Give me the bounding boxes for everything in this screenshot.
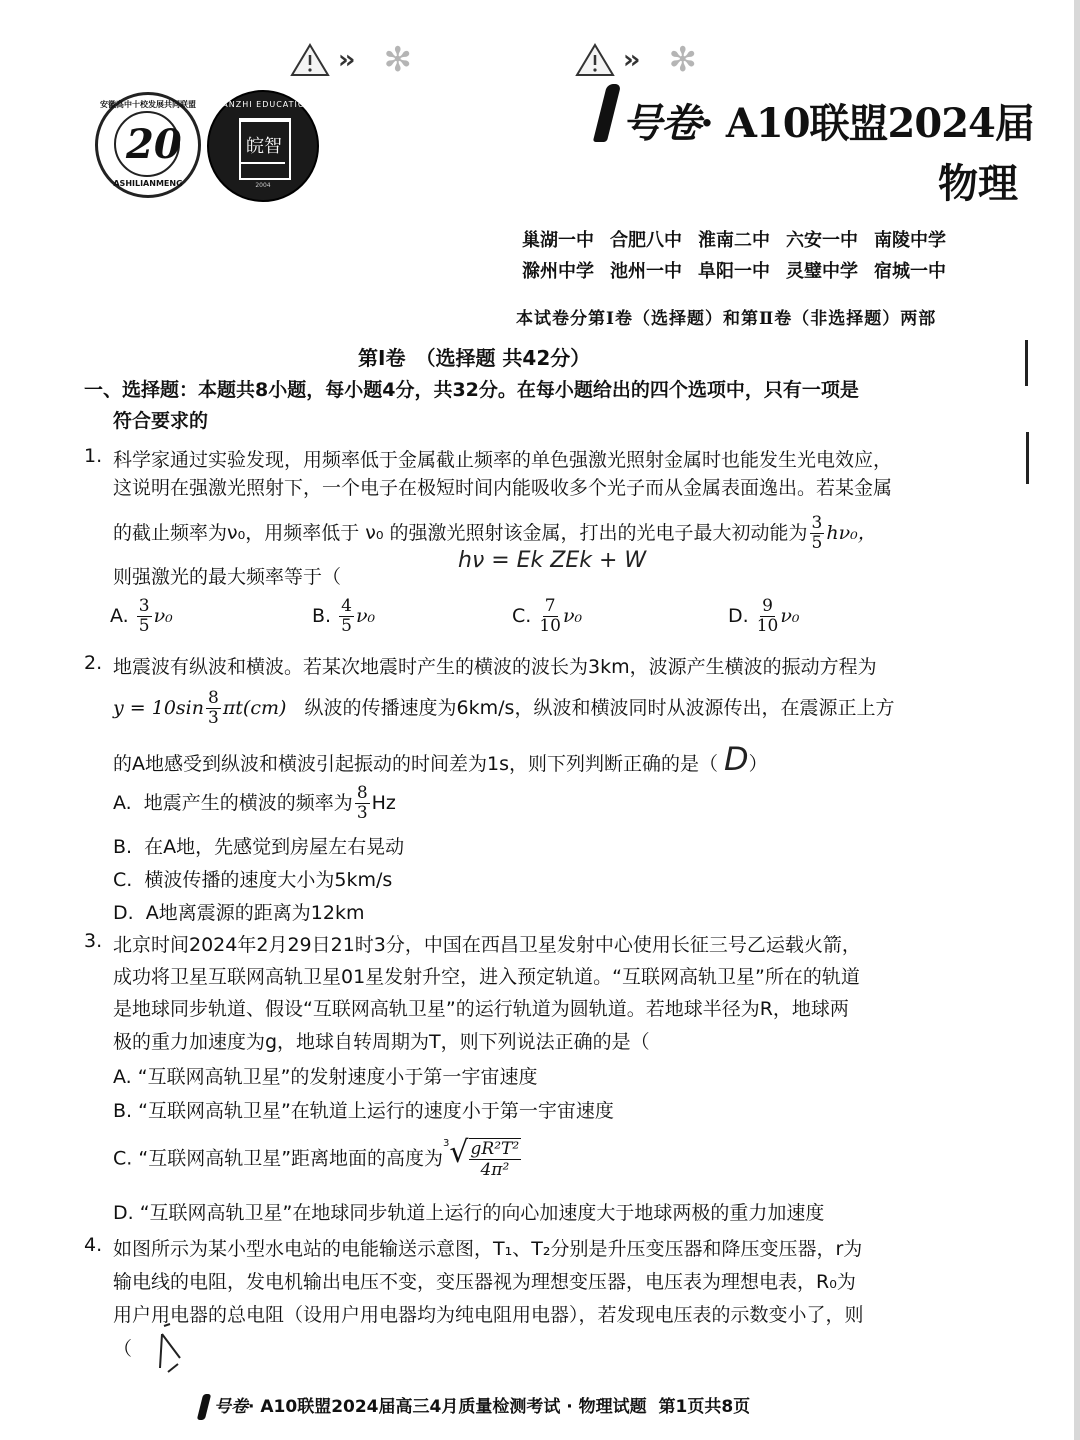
wanzhi-logo: WANZHI EDUCATION 皖智 2004 — [207, 90, 319, 202]
numerator: 9 — [760, 598, 775, 617]
question-2-line: 地震波有纵波和横波。若某次地震时产生的横波的波长为3km，波源产生横波的振动方程… — [113, 652, 877, 679]
question-number: 1. — [84, 445, 102, 467]
header-icon-group: ›› ✻ — [575, 40, 697, 80]
question-number: 4. — [84, 1234, 102, 1256]
denominator: 5 — [139, 617, 150, 635]
alliance-logo: 安徽高中十校发展共同联盟 20 ASHILIANMENG — [95, 92, 201, 198]
option-d[interactable]: D. 910ν₀ — [728, 598, 800, 635]
denominator: 4π² — [480, 1160, 509, 1180]
footer-text: · A10联盟2024届高三4月质量检测考试 · 物理试题 — [248, 1397, 647, 1417]
question-4-line: （ — [113, 1334, 132, 1361]
option-label: D. — [113, 1202, 134, 1224]
brand-mark-icon — [197, 1394, 211, 1420]
numerator: 3 — [137, 598, 152, 617]
option-label: A. — [110, 605, 129, 627]
section-title: 第Ⅰ卷 （选择题 共42分） — [358, 342, 590, 371]
school-name: 六安一中 — [786, 230, 858, 251]
handwritten-note: hν = Ek ZEk + W — [458, 548, 646, 573]
line-text: 的截止频率为ν₀，用频率低于 ν₀ 的强激光照射该金属，打出的光电子最大初动能为 — [113, 522, 808, 544]
chevron-icon: ›› — [338, 45, 351, 75]
denominator: 3 — [208, 709, 219, 727]
school-name: 灵璧中学 — [786, 261, 858, 282]
option-text: 横波传播的速度大小为5km/s — [144, 869, 392, 891]
logo-lines — [241, 162, 285, 180]
numerator: 8 — [355, 785, 370, 804]
option-label: C. — [512, 605, 531, 627]
logo-center-text: 皖智 — [241, 132, 287, 158]
school-name: 南陵中学 — [874, 230, 946, 251]
question-1-line: 这说明在强激光照射下，一个电子在极短时间内能吸收多个光子而从金属表面逸出。若某金… — [113, 473, 892, 500]
question-1-line: 的截止频率为ν₀，用频率低于 ν₀ 的强激光照射该金属，打出的光电子最大初动能为… — [113, 515, 877, 552]
radicand: gR²T²4π² — [469, 1138, 522, 1180]
warning-icon — [290, 43, 330, 77]
school-name: 宿城一中 — [874, 261, 946, 282]
denominator: 10 — [539, 617, 561, 635]
option-a[interactable]: A. 35ν₀ — [110, 598, 173, 635]
question-number: 3. — [84, 930, 102, 952]
option-a[interactable]: A. “互联网高轨卫星”的发射速度小于第一宇宙速度 — [113, 1062, 537, 1089]
header-icon-group: ›› ✻ — [290, 40, 412, 80]
logo-year: 2004 — [209, 182, 317, 189]
page-footer: 号卷· A10联盟2024届高三4月质量检测考试 · 物理试题 第1页共8页 — [200, 1392, 750, 1420]
option-label: D. — [728, 605, 749, 627]
line-text: hν₀， — [826, 522, 876, 544]
part-heading: 一、选择题：本题共8小题，每小题4分，共32分。在每小题给出的四个选项中，只有一… — [84, 375, 859, 402]
denominator: 3 — [357, 804, 368, 822]
margin-mark — [1026, 432, 1029, 484]
logo-inner-ring: 20 — [114, 111, 180, 177]
logo-ring-text: ASHILIANMENG — [98, 179, 198, 188]
numerator: 7 — [543, 598, 558, 617]
option-label: B. — [113, 836, 132, 858]
option-c[interactable]: C. “互联网高轨卫星”距离地面的高度为3√gR²T²4π² — [113, 1138, 521, 1180]
fraction: 710 — [539, 598, 561, 635]
option-text: “互联网高轨卫星”在地球同步轨道上运行的向心加速度大于地球两极的重力加速度 — [140, 1202, 825, 1224]
school-name: 合肥八中 — [610, 230, 682, 251]
numerator: 4 — [339, 598, 354, 617]
option-text: 在A地，先感觉到房屋左右晃动 — [144, 836, 404, 858]
option-text: “互联网高轨卫星”在轨道上运行的速度小于第一宇宙速度 — [138, 1100, 614, 1122]
logo-ring-text: 安徽高中十校发展共同联盟 — [98, 99, 198, 110]
fraction: 83 — [355, 785, 370, 822]
part-heading-cont: 符合要求的 — [113, 406, 208, 433]
numerator: 3 — [810, 515, 825, 534]
option-label: A. — [113, 792, 132, 814]
scan-edge — [1074, 0, 1080, 1440]
margin-mark — [1025, 340, 1028, 386]
question-3-line: 是地球同步轨道、假设“互联网高轨卫星”的运行轨道为圆轨道。若地球半径为R，地球两 — [113, 994, 849, 1021]
option-b[interactable]: B. “互联网高轨卫星”在轨道上运行的速度小于第一宇宙速度 — [113, 1096, 614, 1123]
question-4-line: 如图所示为某小型水电站的电能输送示意图，T₁、T₂分别是升压变压器和降压变压器，… — [113, 1234, 862, 1261]
option-d[interactable]: D. A地离震源的距离为12km — [113, 898, 364, 925]
school-name: 池州一中 — [610, 261, 682, 282]
question-3-line: 成功将卫星互联网高轨卫星01星发射升空，进入预定轨道。“互联网高轨卫星”所在的轨… — [113, 962, 860, 989]
radical-icon: √ — [449, 1138, 468, 1168]
option-text: A地离震源的距离为12km — [146, 902, 365, 924]
option-text: 地震产生的横波的频率为 — [144, 792, 353, 814]
denominator: 5 — [341, 617, 352, 635]
line-text: 的A地感受到纵波和横波引起振动的时间差为1s，则下列判断正确的是（ — [113, 753, 718, 775]
option-d[interactable]: D. “互联网高轨卫星”在地球同步轨道上运行的向心加速度大于地球两极的重力加速度 — [113, 1198, 824, 1225]
option-b[interactable]: B. 在A地，先感觉到房屋左右晃动 — [113, 832, 404, 859]
option-a[interactable]: A. 地震产生的横波的频率为83Hz — [113, 785, 396, 822]
question-3-line: 极的重力加速度为g，地球自转周期为T，则下列说法正确的是（ — [113, 1027, 650, 1054]
option-text: “互联网高轨卫星”的发射速度小于第一宇宙速度 — [138, 1066, 538, 1088]
denominator: 5 — [812, 534, 823, 552]
question-number: 2. — [84, 652, 102, 674]
question-1-line: 则强激光的最大频率等于（ — [113, 562, 341, 589]
unit: Hz — [372, 792, 396, 814]
equation-text: πt(cm) — [223, 697, 287, 719]
title-text: · A10联盟2024届 — [700, 100, 1034, 147]
school-name: 巢湖一中 — [522, 230, 594, 251]
unit: ν₀ — [154, 605, 173, 627]
question-4-line: 输电线的电阻，发电机输出电压不变，变压器视为理想变压器，电压表为理想电表，R₀为 — [113, 1267, 856, 1294]
school-name: 阜阳一中 — [698, 261, 770, 282]
school-name: 滁州中学 — [522, 261, 594, 282]
page-indicator: 第1页共8页 — [658, 1397, 750, 1417]
option-label: C. — [113, 869, 132, 891]
question-3-line: 北京时间2024年2月29日21时3分，中国在西昌卫星发射中心使用长征三号乙运载… — [113, 930, 861, 957]
unit: ν₀ — [780, 605, 799, 627]
numerator: 8 — [206, 690, 221, 709]
option-label: A. — [113, 1066, 132, 1088]
handwritten-scribble — [150, 1320, 220, 1380]
exam-notice: 本试卷分第Ⅰ卷（选择题）和第Ⅱ卷（非选择题）两部 — [516, 304, 936, 329]
equation-text: y = 10sin — [113, 697, 204, 719]
question-1-line: 科学家通过实验发现，用频率低于金属截止频率的单色强激光照射金属时也能发生光电效应… — [113, 445, 892, 472]
option-label: C. — [113, 1148, 132, 1170]
question-2-line: 的A地感受到纵波和横波引起振动的时间差为1s，则下列判断正确的是（D） — [113, 740, 768, 778]
option-b[interactable]: B. 45ν₀ — [312, 598, 375, 635]
fraction: 83 — [206, 690, 221, 727]
asterisk-icon: ✻ — [383, 40, 412, 80]
question-4-line: 用户用电器的总电阻（设用户用电器均为纯电阻用电器），若发现电压表的示数变小了，则 — [113, 1300, 864, 1327]
brand-script: 号卷 — [622, 100, 700, 147]
subject-title: 物理 — [938, 152, 1018, 209]
option-text: “互联网高轨卫星”距离地面的高度为 — [138, 1148, 443, 1170]
logo-glyph: 20 — [126, 121, 182, 168]
option-c[interactable]: C. 710ν₀ — [512, 598, 582, 635]
school-list-row-1: 巢湖一中合肥八中淮南二中六安一中南陵中学 — [522, 226, 962, 252]
denominator: 10 — [757, 617, 779, 635]
unit: ν₀ — [563, 605, 582, 627]
warning-icon — [575, 43, 615, 77]
option-label: D. — [113, 902, 134, 924]
fraction: 910 — [757, 598, 779, 635]
option-label: B. — [113, 1100, 132, 1122]
exam-title: 号卷· A10联盟2024届 — [622, 92, 1034, 149]
line-text: 纵波的传播速度为6km/s，纵波和横波同时从波源传出，在震源正上方 — [305, 697, 895, 719]
handwritten-answer: D — [724, 740, 749, 778]
option-label: B. — [312, 605, 331, 627]
logo-ring-text: WANZHI EDUCATION — [209, 100, 317, 109]
fraction: 45 — [339, 598, 354, 635]
unit: ν₀ — [356, 605, 375, 627]
school-list-row-2: 滁州中学池州一中阜阳一中灵璧中学宿城一中 — [522, 257, 962, 283]
cube-root: 3√gR²T²4π² — [443, 1138, 521, 1180]
school-name: 淮南二中 — [698, 230, 770, 251]
fraction: 35 — [810, 515, 825, 552]
fraction: 35 — [137, 598, 152, 635]
chevron-icon: ›› — [623, 45, 636, 75]
asterisk-icon: ✻ — [668, 40, 697, 80]
question-2-line: y = 10sin83πt(cm) 纵波的传播速度为6km/s，纵波和横波同时从… — [113, 690, 894, 727]
numerator: gR²T² — [469, 1139, 522, 1160]
brand-mark-icon — [593, 84, 621, 142]
option-c[interactable]: C. 横波传播的速度大小为5km/s — [113, 865, 392, 892]
brand-script: 号卷 — [214, 1397, 248, 1417]
